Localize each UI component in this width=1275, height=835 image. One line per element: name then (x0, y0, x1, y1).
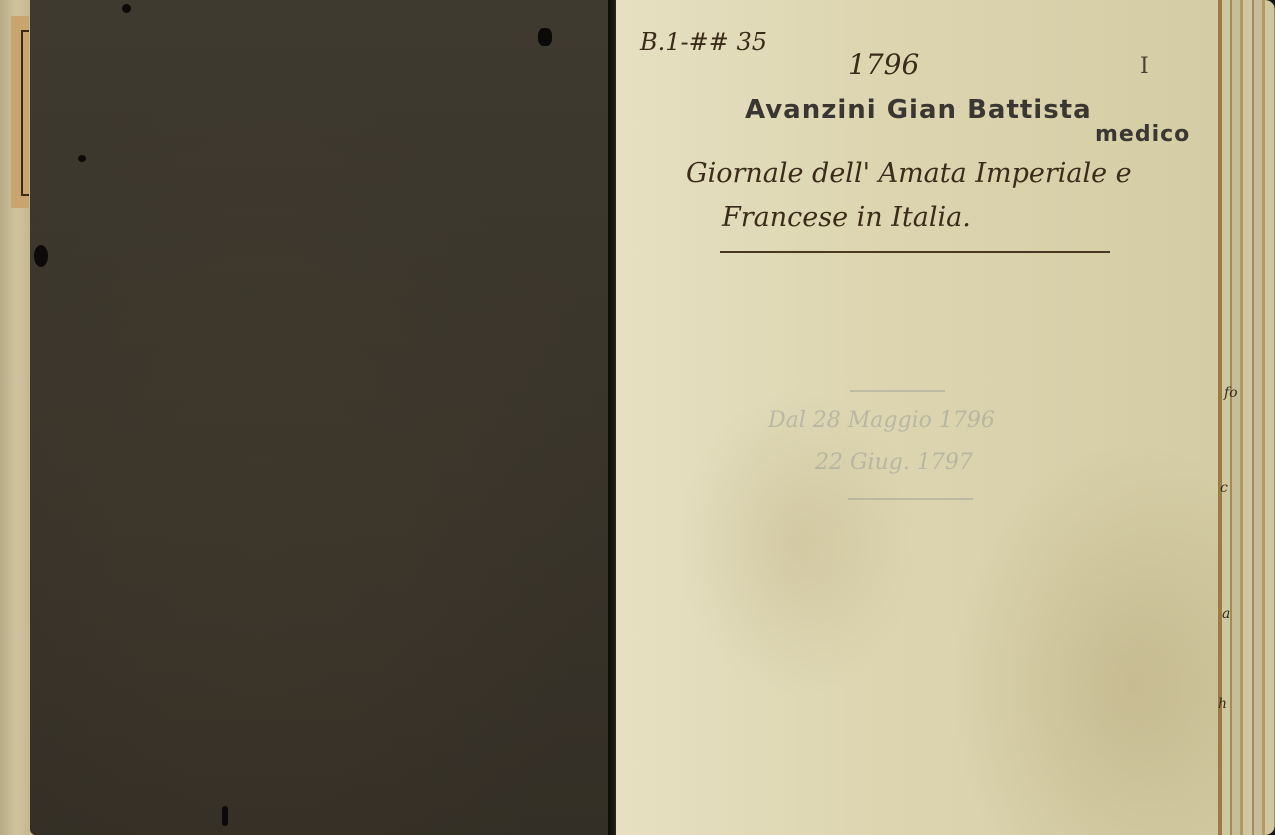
edge-mark: c (1220, 480, 1228, 496)
bleed-through-rule (850, 390, 945, 392)
ink-spot (78, 155, 86, 162)
year: 1796 (848, 48, 919, 81)
ink-spot (222, 806, 228, 826)
author-name: Avanzini Gian Battista (745, 95, 1092, 125)
ink-spot (122, 4, 131, 13)
edge-mark: h (1218, 696, 1227, 712)
title-underline (720, 251, 1110, 253)
bleed-through-line-2: 22 Giug. 1797 (815, 450, 973, 475)
edge-mark: fo (1224, 385, 1238, 401)
edge-mark: a (1222, 606, 1230, 622)
bleed-through-rule (848, 498, 973, 500)
author-role: medico (1095, 122, 1190, 147)
ink-spot (34, 245, 48, 267)
volume-number: I (1140, 54, 1149, 79)
spine-label (11, 16, 29, 208)
ink-spot (538, 28, 552, 46)
title-line-2: Francese in Italia. (722, 202, 971, 233)
title-line-1: Giornale dell' Amata Imperiale e (686, 158, 1132, 189)
inside-front-cover (30, 0, 610, 835)
manuscript-spread: B.1-## 35 1796 I Avanzini Gian Battista … (0, 0, 1275, 835)
bleed-through-line-1: Dal 28 Maggio 1796 (768, 408, 995, 433)
shelfmark: B.1-## 35 (640, 28, 767, 56)
